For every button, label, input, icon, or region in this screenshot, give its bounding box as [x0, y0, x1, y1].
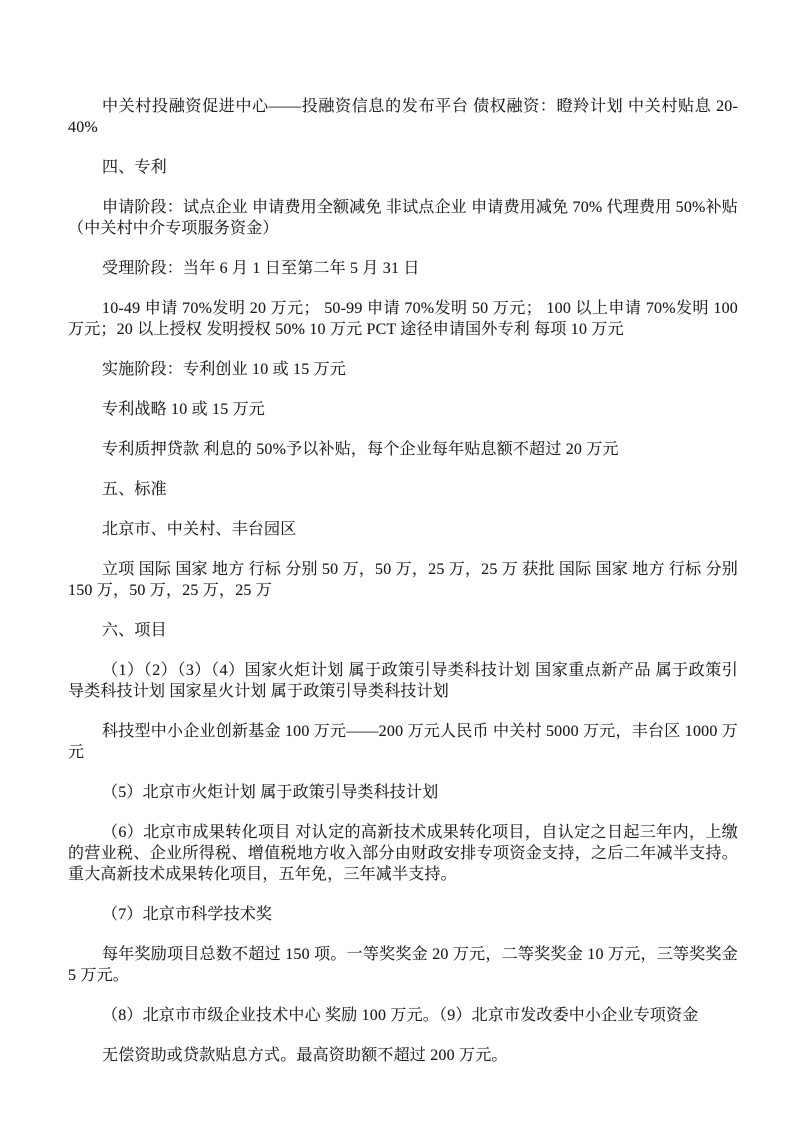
patent-pledge-loan-paragraph: 专利质押贷款 利息的 50%予以补贴，每个企业每年贴息额不超过 20 万元 [68, 439, 738, 460]
section-heading-patent: 四、专利 [68, 157, 738, 178]
patent-implementation-paragraph: 实施阶段：专利创业 10 或 15 万元 [68, 359, 738, 380]
sme-innovation-fund-paragraph: 科技型中小企业创新基金 100 万元——200 万元人民币 中关村 5000 万… [68, 721, 738, 763]
patent-acceptance-stage-paragraph: 受理阶段：当年 6 月 1 日至第二年 5 月 31 日 [68, 258, 738, 279]
standards-subsidy-paragraph: 立项 国际 国家 地方 行标 分别 50 万，50 万，25 万，25 万 获批… [68, 559, 738, 601]
patent-subsidy-tiers-paragraph: 10-49 申请 70%发明 20 万元； 50-99 申请 70%发明 50 … [68, 298, 738, 340]
section-heading-projects: 六、项目 [68, 620, 738, 641]
grant-subsidy-paragraph: 无偿资助或贷款贴息方式。最高资助额不超过 200 万元。 [68, 1045, 738, 1066]
vc-platform-paragraph: 中关村投融资促进中心——投融资信息的发布平台 债权融资：瞪羚计划 中关村贴息 2… [68, 96, 738, 138]
beijing-torch-program-paragraph: （5）北京市火炬计划 属于政策引导类科技计划 [68, 782, 738, 803]
patent-strategy-paragraph: 专利战略 10 或 15 万元 [68, 399, 738, 420]
standards-regions-paragraph: 北京市、中关村、丰台园区 [68, 519, 738, 540]
enterprise-tech-center-paragraph: （8）北京市市级企业技术中心 奖励 100 万元。（9）北京市发改委中小企业专项… [68, 1005, 738, 1026]
national-programs-paragraph: （1）（2）（3）（4）国家火炬计划 属于政策引导类科技计划 国家重点新产品 属… [68, 660, 738, 702]
beijing-science-award-paragraph: （7）北京市科学技术奖 [68, 904, 738, 925]
award-amounts-paragraph: 每年奖励项目总数不超过 150 项。一等奖奖金 20 万元，二等奖奖金 10 万… [68, 944, 738, 986]
document-page: 中关村投融资促进中心——投融资信息的发布平台 债权融资：瞪羚计划 中关村贴息 2… [0, 0, 800, 1132]
section-heading-standards: 五、标准 [68, 479, 738, 500]
achievement-transformation-paragraph: （6）北京市成果转化项目 对认定的高新技术成果转化项目，自认定之日起三年内，上缴… [68, 822, 738, 885]
patent-application-stage-paragraph: 申请阶段：试点企业 申请费用全额减免 非试点企业 申请费用减免 70% 代理费用… [68, 197, 738, 239]
